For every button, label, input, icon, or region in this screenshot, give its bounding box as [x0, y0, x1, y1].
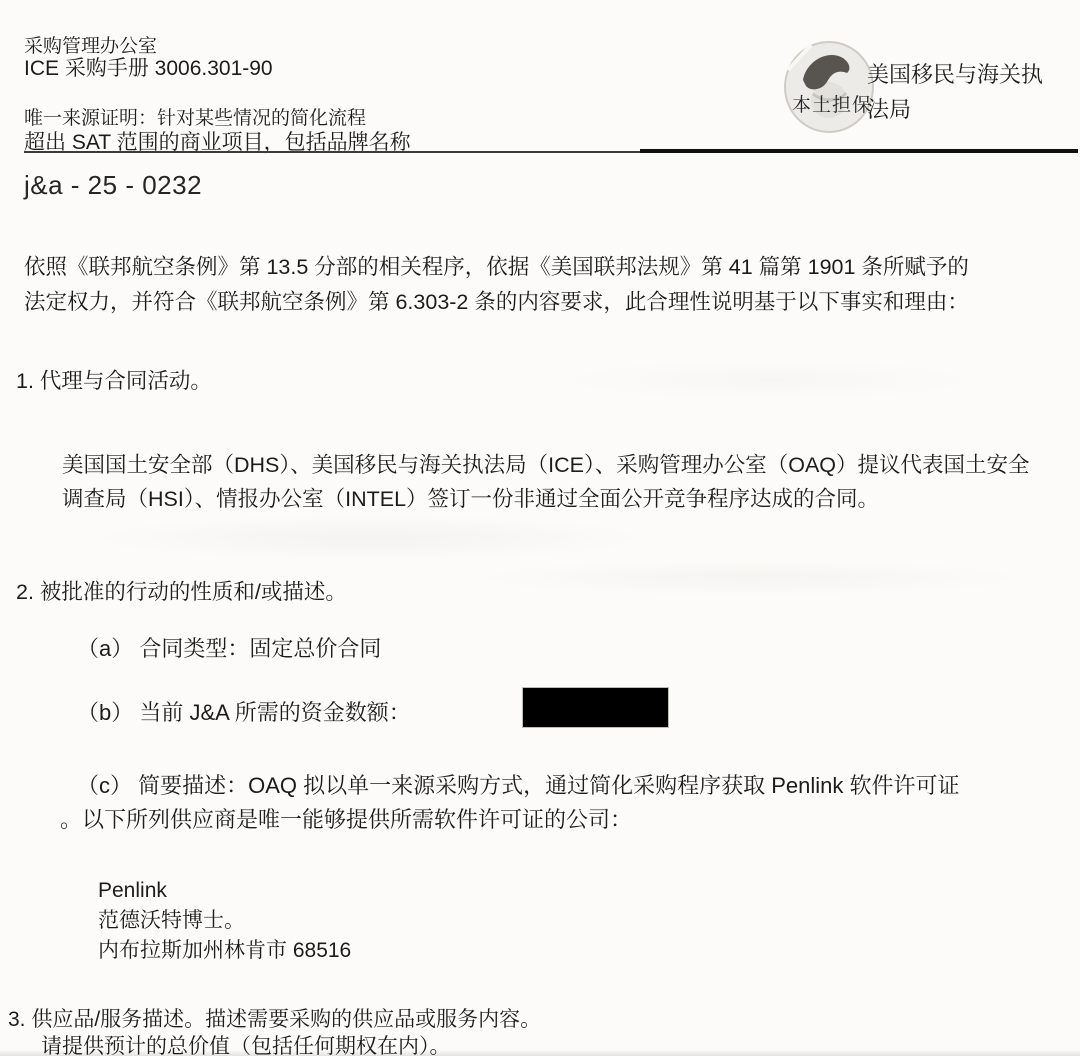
- intro-line: 依照《联邦航空条例》第 13.5 分部的相关程序，依据《美国联邦法规》第 41 …: [24, 250, 969, 285]
- agency-name-line-2: 法局: [867, 92, 1043, 127]
- reference-number: j&a - 25 - 0232: [24, 170, 202, 201]
- intro-paragraph: 依照《联邦航空条例》第 13.5 分部的相关程序，依据《美国联邦法规》第 41 …: [24, 250, 969, 320]
- section-2-heading: 2. 被批准的行动的性质和/或描述。: [16, 575, 347, 606]
- section-2-item-a: （a） 合同类型：固定总价合同: [77, 632, 381, 663]
- vendor-address: 内布拉斯加州林肯市 68516: [98, 936, 351, 966]
- agency-name-line-1: 美国移民与海关执: [867, 57, 1043, 92]
- section-2-item-c-line-2: 。以下所列供应商是唯一能够提供所需软件许可证的公司：: [60, 803, 632, 834]
- redaction-box: [523, 688, 668, 727]
- scan-smudge: [90, 515, 650, 561]
- section-1-heading: 1. 代理与合同活动。: [16, 364, 212, 395]
- section-2-item-c-line-1: （c） 简要描述：OAQ 拟以单一来源采购方式，通过简化采购程序获取 Penli…: [77, 769, 960, 800]
- section-2-item-b: （b） 当前 J&A 所需的资金数额：: [77, 696, 411, 727]
- vendor-contact: 范德沃特博士。: [98, 906, 351, 936]
- scan-smudge: [470, 560, 1030, 596]
- header-rule-left: [24, 151, 642, 153]
- header-rule-right: [640, 149, 1078, 153]
- agency-seal-icon: [783, 40, 875, 134]
- intro-line: 法定权力，并符合《联邦航空条例》第 6.303-2 条的内容要求，此合理性说明基…: [24, 285, 969, 320]
- manual-line: ICE 采购手册 3006.301-90: [24, 52, 273, 82]
- section-3-heading: 3. 供应品/服务描述。描述需要采购的供应品或服务内容。: [8, 1003, 541, 1033]
- section-3-body-line: 请提供预计的总价值（包括任何期权在内）。: [41, 1030, 451, 1056]
- document-page: 采购管理办公室 ICE 采购手册 3006.301-90 唯一来源证明：针对某些…: [0, 0, 1080, 1056]
- vendor-block: Penlink 范德沃特博士。 内布拉斯加州林肯市 68516: [98, 876, 351, 966]
- section-1-body-line: 美国国土安全部（DHS）、美国移民与海关执法局（ICE）、采购管理办公室（OAQ…: [62, 448, 1030, 482]
- vendor-name: Penlink: [98, 876, 351, 906]
- agency-name: 美国移民与海关执 法局: [867, 57, 1043, 127]
- seal-caption: 本土担保: [792, 90, 872, 117]
- scan-smudge: [560, 360, 980, 400]
- section-1-body-line: 调查局（HSI）、情报办公室（INTEL）签订一份非通过全面公开竞争程序达成的合…: [62, 482, 1030, 516]
- section-1-body: 美国国土安全部（DHS）、美国移民与海关执法局（ICE）、采购管理办公室（OAQ…: [62, 448, 1030, 516]
